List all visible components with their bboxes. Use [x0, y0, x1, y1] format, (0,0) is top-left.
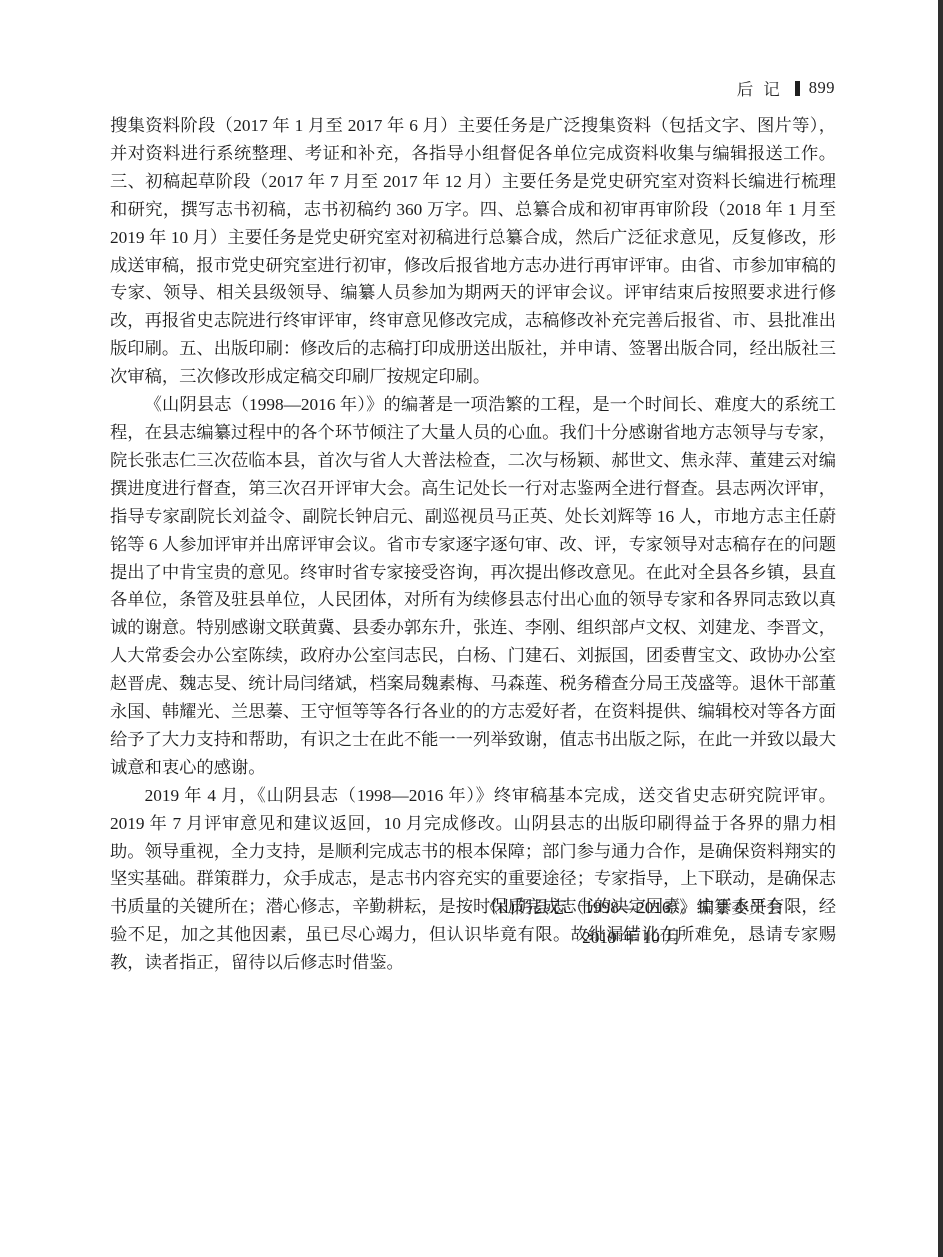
scan-edge	[938, 0, 943, 1257]
chapter-title: 后记	[737, 76, 790, 100]
paragraph-publication-stages: 搜集资料阶段（2017 年 1 月至 2017 年 6 月）主要任务是广泛搜集资…	[110, 112, 836, 391]
running-head: 后记 899	[737, 76, 835, 100]
signature-block: 《山阴县志（1998—2016）》编纂委员会 2019 年 10 月	[481, 893, 783, 953]
header-separator-bar-icon	[795, 81, 800, 96]
afterword-body: 搜集资料阶段（2017 年 1 月至 2017 年 6 月）主要任务是广泛搜集资…	[110, 112, 836, 977]
committee-name: 《山阴县志（1998—2016）》编纂委员会	[481, 893, 783, 923]
book-page: 后记 899 搜集资料阶段（2017 年 1 月至 2017 年 6 月）主要任…	[0, 0, 943, 1257]
paragraph-acknowledgements: 《山阴县志（1998—2016 年）》的编著是一项浩繁的工程，是一个时间长、难度…	[110, 391, 836, 782]
signature-date: 2019 年 10 月	[481, 923, 783, 953]
page-number: 899	[809, 78, 835, 98]
